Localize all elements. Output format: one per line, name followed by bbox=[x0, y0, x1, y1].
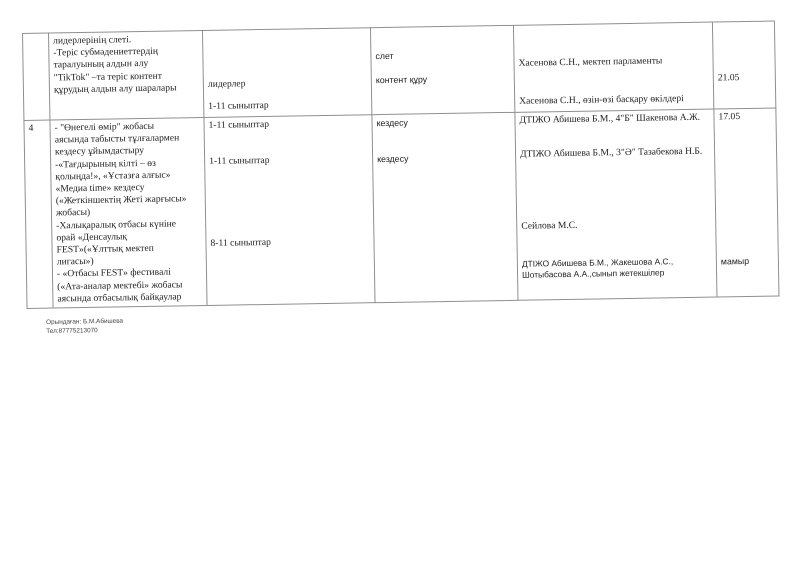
date-text: 21.05 bbox=[718, 72, 740, 85]
form-cell: слет контент құру bbox=[370, 25, 514, 114]
event-cell: лидерлерінің слеті. -Теріс субмәдениетте… bbox=[49, 31, 204, 121]
participants-text: 1-11 сыныптар bbox=[208, 100, 269, 113]
row-number-cell: 4 bbox=[24, 120, 53, 308]
responsible-text: ДТІЖО Абишева Б.М., 4"Б" Шакенова А.Ж. bbox=[519, 112, 709, 127]
responsible-text: Сейлова М.С. bbox=[521, 218, 711, 233]
event-cell: - "Өнегелі өмір" жобасы аясында табысты … bbox=[50, 117, 207, 308]
form-text: слет bbox=[375, 50, 393, 63]
participants-cell: 1-11 сыныптар 1-11 сыныптар 8-11 сыныпта… bbox=[204, 115, 375, 306]
date-cell: 17.05 мамыр bbox=[714, 108, 779, 297]
participants-cell: лидерлер 1-11 сыныптар bbox=[202, 28, 371, 118]
document-footer: Орындаған: Б.М.Абишева Тел:87775213070 bbox=[46, 317, 123, 336]
phone-text: Тел:87775213070 bbox=[46, 326, 123, 336]
responsible-cell: ДТІЖО Абишева Б.М., 4"Б" Шакенова А.Ж. Д… bbox=[515, 109, 717, 300]
form-text: кездесу bbox=[377, 153, 409, 166]
event-line: құрудың алдын алу шаралары bbox=[54, 82, 199, 97]
form-text: кездесу bbox=[376, 117, 408, 130]
responsible-text: Хасенова С.Н., өзін-өзі басқару өкілдері bbox=[519, 93, 684, 108]
form-text: контент құру bbox=[376, 73, 427, 86]
participants-text: лидерлер bbox=[208, 78, 246, 91]
date-text: мамыр bbox=[721, 255, 749, 268]
participants-text: 8-11 сыныптар bbox=[210, 237, 271, 250]
responsible-cell: Хасенова С.Н., мектеп парламенты Хасенов… bbox=[513, 22, 713, 112]
event-line: аясында отбасылық байқаулар bbox=[57, 291, 202, 306]
event-plan-table: лидерлерінің слеті. -Теріс субмәдениетте… bbox=[22, 21, 779, 309]
responsible-text: ДТІЖО Абишева Б.М., 3"Ә" Тазабекова Н.Б. bbox=[520, 146, 710, 161]
participants-text: 1-11 сыныптар bbox=[209, 155, 270, 168]
document-page: лидерлерінің слеті. -Теріс субмәдениетте… bbox=[0, 0, 800, 582]
responsible-text: Хасенова С.Н., мектеп парламенты bbox=[518, 55, 662, 70]
row-number-cell bbox=[23, 33, 50, 120]
responsible-text: ДТІЖО Абишева Б.М., Жакешова А.С., Шотыб… bbox=[522, 256, 712, 281]
table-row: лидерлерінің слеті. -Теріс субмәдениетте… bbox=[23, 21, 776, 120]
date-cell: 21.05 bbox=[712, 21, 775, 109]
form-cell: кездесу кездесу bbox=[372, 112, 518, 302]
table-row: 4 - "Өнегелі өмір" жобасы аясында табыст… bbox=[24, 108, 779, 308]
date-text: 17.05 bbox=[718, 111, 740, 124]
participants-text: 1-11 сыныптар bbox=[208, 119, 269, 132]
